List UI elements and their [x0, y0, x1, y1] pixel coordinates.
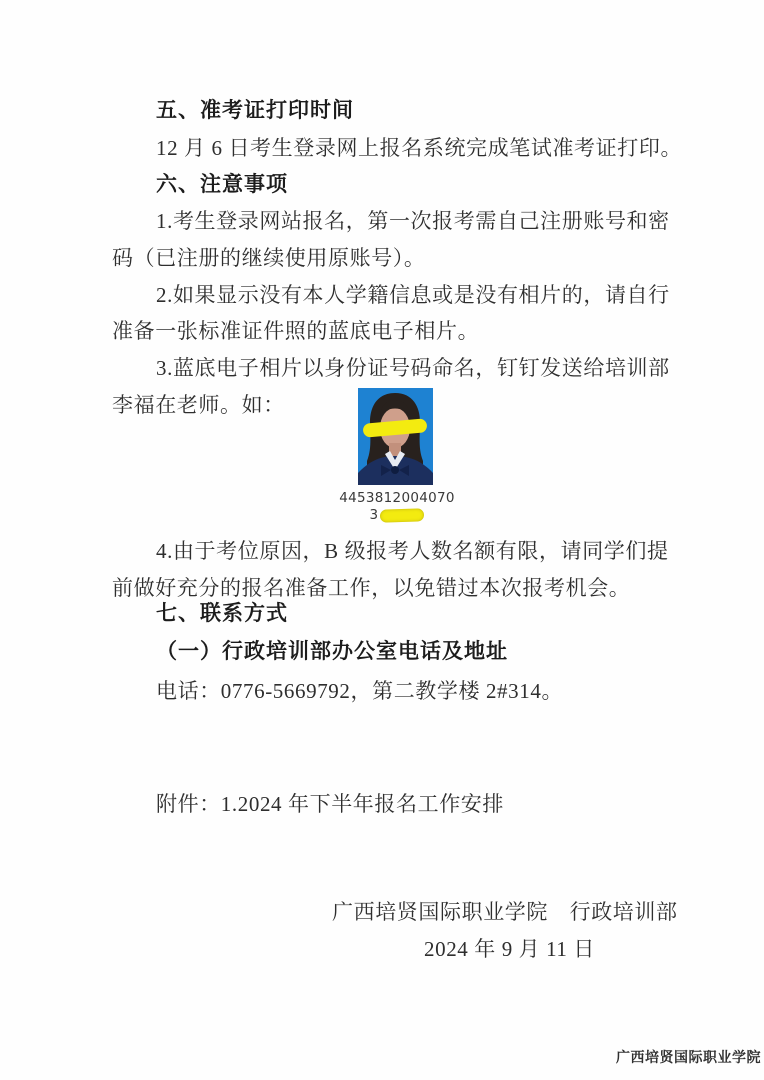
- note4-line2: 前做好充分的报名准备工作，以免错过本次报考机会。: [112, 575, 630, 601]
- section6-heading: 六、注意事项: [156, 172, 288, 198]
- section5-heading: 五、准考证打印时间: [156, 98, 354, 124]
- signature-organization: 广西培贤国际职业学院 行政培训部: [332, 896, 678, 926]
- section7-heading: 七、联系方式: [156, 601, 288, 627]
- contact-phone-line: 电话：0776-5669792，第二教学楼 2#314。: [156, 678, 563, 704]
- photo-filename-line2: 3: [322, 507, 472, 523]
- id-photo: [358, 388, 433, 485]
- note3-line2: 李福在老师。如：: [112, 392, 285, 418]
- section7-subheading: （一）行政培训部办公室电话及地址: [156, 639, 508, 665]
- section5-paragraph: 12 月 6 日考生登录网上报名系统完成笔试准考证打印。: [156, 135, 682, 161]
- corner-watermark: 广西培贤国际职业学院: [616, 1047, 761, 1067]
- note2-line2: 准备一张标准证件照的蓝底电子相片。: [112, 318, 479, 344]
- photo-filename-line2-digit: 3: [370, 507, 379, 523]
- attachment-line: 附件：1.2024 年下半年报名工作安排: [156, 791, 504, 817]
- note1-line2: 码（已注册的继续使用原账号）。: [112, 245, 426, 271]
- document-page: 五、准考证打印时间 12 月 6 日考生登录网上报名系统完成笔试准考证打印。 六…: [0, 0, 764, 1080]
- note1-line1: 1.考生登录网站报名，第一次报考需自己注册账号和密: [156, 208, 670, 234]
- note2-line1: 2.如果显示没有本人学籍信息或是没有相片的，请自行: [156, 282, 670, 308]
- note3-line1: 3.蓝底电子相片以身份证号码命名，钉钉发送给培训部: [156, 355, 670, 381]
- id-photo-image: [358, 388, 433, 485]
- yellow-redaction-blob: [380, 508, 424, 523]
- signature-date: 2024 年 9 月 11 日: [424, 933, 595, 963]
- photo-filename-line1: 4453812004070: [322, 490, 472, 506]
- note4-line1: 4.由于考位原因，B 级报考人数名额有限，请同学们提: [156, 538, 669, 564]
